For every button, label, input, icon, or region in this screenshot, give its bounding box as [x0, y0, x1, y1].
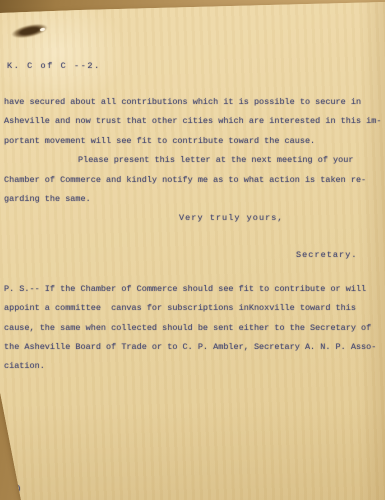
- letter-paper: K. C of C --2. have secured about all co…: [0, 0, 385, 500]
- postscript: P. S.-- If the Chamber of Commerce shoul…: [4, 280, 383, 376]
- burn-smudge-mark: [10, 21, 49, 40]
- ps-line: P. S.-- If the Chamber of Commerce shoul…: [4, 280, 383, 299]
- footer-initial-mark: (H): [5, 483, 22, 495]
- ps-line: cause, the same when collected should be…: [4, 319, 383, 338]
- body-line-indented: Please present this letter at the next m…: [4, 151, 383, 170]
- page-reference-header: K. C of C --2.: [7, 60, 101, 72]
- letter-body: have secured about all contributions whi…: [4, 93, 383, 209]
- paper-shadow-wrap: K. C of C --2. have secured about all co…: [0, 0, 385, 500]
- ps-line: appoint a committee canvas for subscript…: [4, 299, 383, 318]
- scanned-letter-page: K. C of C --2. have secured about all co…: [0, 0, 385, 500]
- body-line: Chamber of Commerce and kindly notify me…: [4, 171, 383, 190]
- body-line: portant movement will see fit to contrib…: [4, 132, 383, 151]
- signature-title: Secretary.: [296, 249, 358, 261]
- closing-salutation: Very truly yours,: [179, 212, 284, 224]
- ps-line: the Asheville Board of Trade or to C. P.…: [4, 338, 383, 357]
- body-line: garding the same.: [4, 190, 383, 209]
- ps-line: ciation.: [4, 357, 383, 376]
- body-line: have secured about all contributions whi…: [4, 93, 383, 112]
- body-line: Asheville and now trust that other citie…: [4, 112, 383, 131]
